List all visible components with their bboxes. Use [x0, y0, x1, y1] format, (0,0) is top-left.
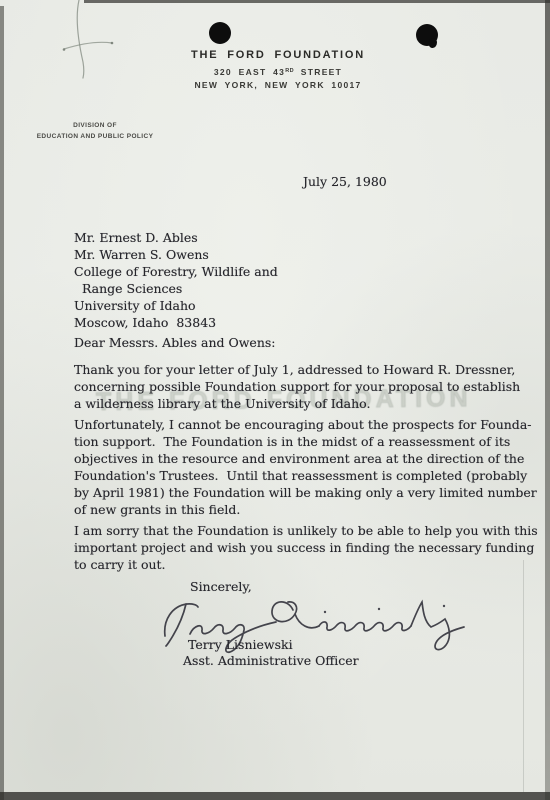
salutation: Dear Messrs. Ables and Owens:	[74, 334, 276, 351]
letter-date: July 25, 1980	[303, 173, 387, 190]
hole-punch-icon	[416, 24, 438, 46]
recipient-address-block: Mr. Ernest D. AblesMr. Warren S. OwensCo…	[74, 229, 278, 331]
signature-title: Asst. Administrative Officer	[183, 652, 359, 669]
letterhead-city-line: NEW YORK, NEW YORK 10017	[194, 80, 361, 90]
street-number: 320 EAST 43	[214, 67, 285, 77]
scan-edge-left	[0, 6, 4, 800]
division-line-1: DIVISION OF	[37, 120, 154, 131]
scan-edge-right	[545, 0, 550, 800]
signature-typed-name: Terry Lisniewski	[188, 636, 293, 653]
paper-crease	[523, 560, 524, 792]
division-block: DIVISION OF EDUCATION AND PUBLIC POLICY	[37, 120, 154, 142]
letterhead-org-name: THE FORD FOUNDATION	[191, 49, 365, 61]
pencil-check-mark-icon	[40, 0, 150, 80]
body-paragraph: I am sorry that the Foundation is unlike…	[74, 522, 538, 573]
street-name: STREET	[294, 67, 342, 77]
street-ordinal-suffix: RD	[285, 68, 294, 74]
body-paragraph: Thank you for your letter of July 1, add…	[74, 361, 520, 412]
scanned-letter-page: THE FORD FOUNDATION 320 EAST 43RD STREET…	[0, 0, 550, 800]
letterhead-street-address: 320 EAST 43RD STREET	[214, 67, 342, 77]
closing-salutation: Sincerely,	[190, 578, 252, 595]
division-line-2: EDUCATION AND PUBLIC POLICY	[37, 131, 154, 142]
body-paragraph: Unfortunately, I cannot be encouraging a…	[74, 416, 537, 518]
hole-punch-icon	[209, 22, 231, 44]
scan-edge-top	[84, 0, 550, 3]
scan-edge-bottom	[0, 792, 550, 800]
